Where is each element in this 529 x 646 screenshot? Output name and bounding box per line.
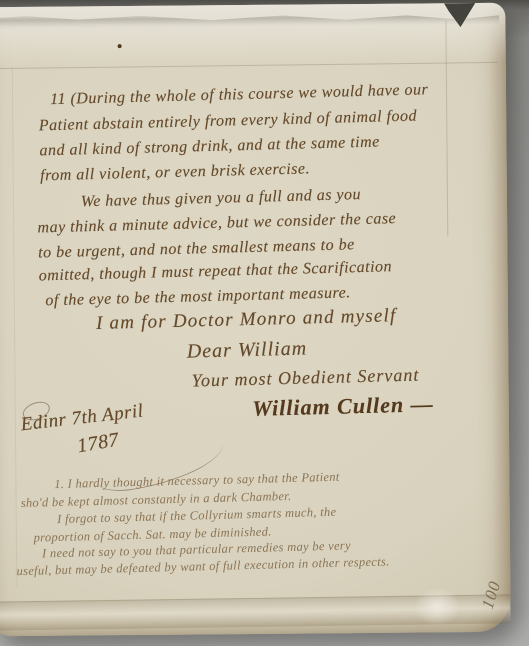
signature: William Cullen — [252, 391, 434, 422]
letter-paper-sheet: 11 (During the whole of this course we w… [0, 3, 511, 637]
letter-valediction: Your most Obedient Servant [191, 365, 419, 392]
letter-line: from all violent, or even brisk exercise… [40, 160, 310, 185]
letter-line: Patient abstain entirely from every kind… [39, 108, 418, 136]
letter-line: to be urgent, and not the smallest means… [38, 236, 355, 262]
letter-line: 11 (During the whole of this course we w… [50, 81, 429, 109]
letter-line: of the eye to be the most important meas… [45, 284, 351, 310]
letter-closing-line: I am for Doctor Monro and myself [96, 305, 397, 335]
manuscript-photo: 11 (During the whole of this course we w… [0, 0, 529, 646]
letter-line: may think a minute advice, but we consid… [37, 210, 396, 237]
handwriting-layer: 11 (During the whole of this course we w… [0, 0, 516, 641]
letter-line: and all kind of strong drink, and at the… [39, 133, 380, 160]
letter-line: We have thus given you a full and as you [81, 186, 362, 211]
letter-line: omitted, though I must repeat that the S… [39, 258, 393, 285]
letter-salutation: Dear William [187, 337, 308, 363]
